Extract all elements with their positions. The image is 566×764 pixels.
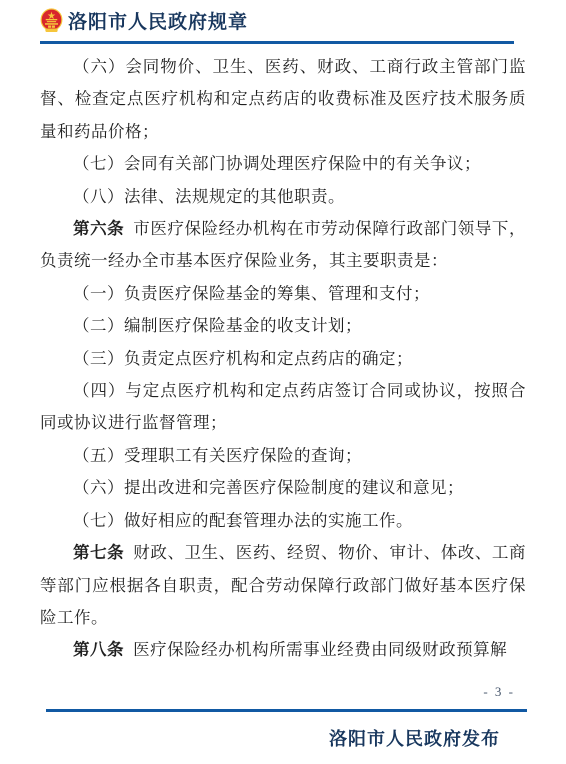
paragraph-text: （六）会同物价、卫生、医药、财政、工商行政主管部门监督、检查定点医疗机构和定点药… <box>40 57 526 141</box>
paragraph: （五）受理职工有关医疗保险的查询； <box>40 440 526 472</box>
paragraph: 第六条市医疗保险经办机构在市劳动保障行政部门领导下，负责统一经办全市基本医疗保险… <box>40 213 526 278</box>
paragraph-text: （四）与定点医疗机构和定点药店签订合同或协议，按照合同或协议进行监督管理； <box>40 381 526 432</box>
publisher-label: 洛阳市人民政府发布 <box>0 725 566 751</box>
paragraph-text: 医疗保险经办机构所需事业经费由同级财政预算解 <box>133 640 507 659</box>
paragraph: （七）做好相应的配套管理办法的实施工作。 <box>40 505 526 537</box>
paragraph: （八）法律、法规规定的其他职责。 <box>40 181 526 213</box>
article-number: 第八条 <box>73 641 124 659</box>
paragraph: 第八条医疗保险经办机构所需事业经费由同级财政预算解 <box>40 634 526 666</box>
document-header: 洛阳市人民政府规章 <box>0 0 566 35</box>
paragraph: （六）会同物价、卫生、医药、财政、工商行政主管部门监督、检查定点医疗机构和定点药… <box>40 51 526 148</box>
paragraph-text: （三）负责定点医疗机构和定点药店的确定； <box>73 349 413 368</box>
article-number: 第七条 <box>73 544 124 562</box>
document-page: 洛阳市人民政府规章 （六）会同物价、卫生、医药、财政、工商行政主管部门监督、检查… <box>0 0 566 764</box>
paragraph-text: （一）负责医疗保险基金的筹集、管理和支付； <box>73 284 430 303</box>
paragraph: （三）负责定点医疗机构和定点药店的确定； <box>40 343 526 375</box>
page-number: - 3 - <box>0 684 566 700</box>
paragraph-text: （七）会同有关部门协调处理医疗保险中的有关争议； <box>73 154 481 173</box>
paragraph-text: （二）编制医疗保险基金的收支计划； <box>73 316 362 335</box>
document-footer: - 3 - 洛阳市人民政府发布 <box>0 684 566 764</box>
paragraph-text: （八）法律、法规规定的其他职责。 <box>73 187 345 206</box>
page-title: 洛阳市人民政府规章 <box>68 7 248 34</box>
paragraph: （六）提出改进和完善医疗保险制度的建议和意见； <box>40 472 526 504</box>
article-number: 第六条 <box>73 220 124 238</box>
paragraph-text: （五）受理职工有关医疗保险的查询； <box>73 446 362 465</box>
paragraph: （七）会同有关部门协调处理医疗保险中的有关争议； <box>40 148 526 180</box>
footer-divider <box>46 709 527 712</box>
paragraph-text: （七）做好相应的配套管理办法的实施工作。 <box>73 511 413 530</box>
national-emblem-icon <box>40 8 63 33</box>
paragraph-text: （六）提出改进和完善医疗保险制度的建议和意见； <box>73 478 464 497</box>
paragraph: 第七条财政、卫生、医药、经贸、物价、审计、体改、工商等部门应根据各自职责，配合劳… <box>40 537 526 634</box>
paragraph: （一）负责医疗保险基金的筹集、管理和支付； <box>40 278 526 310</box>
document-body: （六）会同物价、卫生、医药、财政、工商行政主管部门监督、检查定点医疗机构和定点药… <box>40 44 526 667</box>
paragraph: （四）与定点医疗机构和定点药店签订合同或协议，按照合同或协议进行监督管理； <box>40 375 526 440</box>
paragraph: （二）编制医疗保险基金的收支计划； <box>40 310 526 342</box>
